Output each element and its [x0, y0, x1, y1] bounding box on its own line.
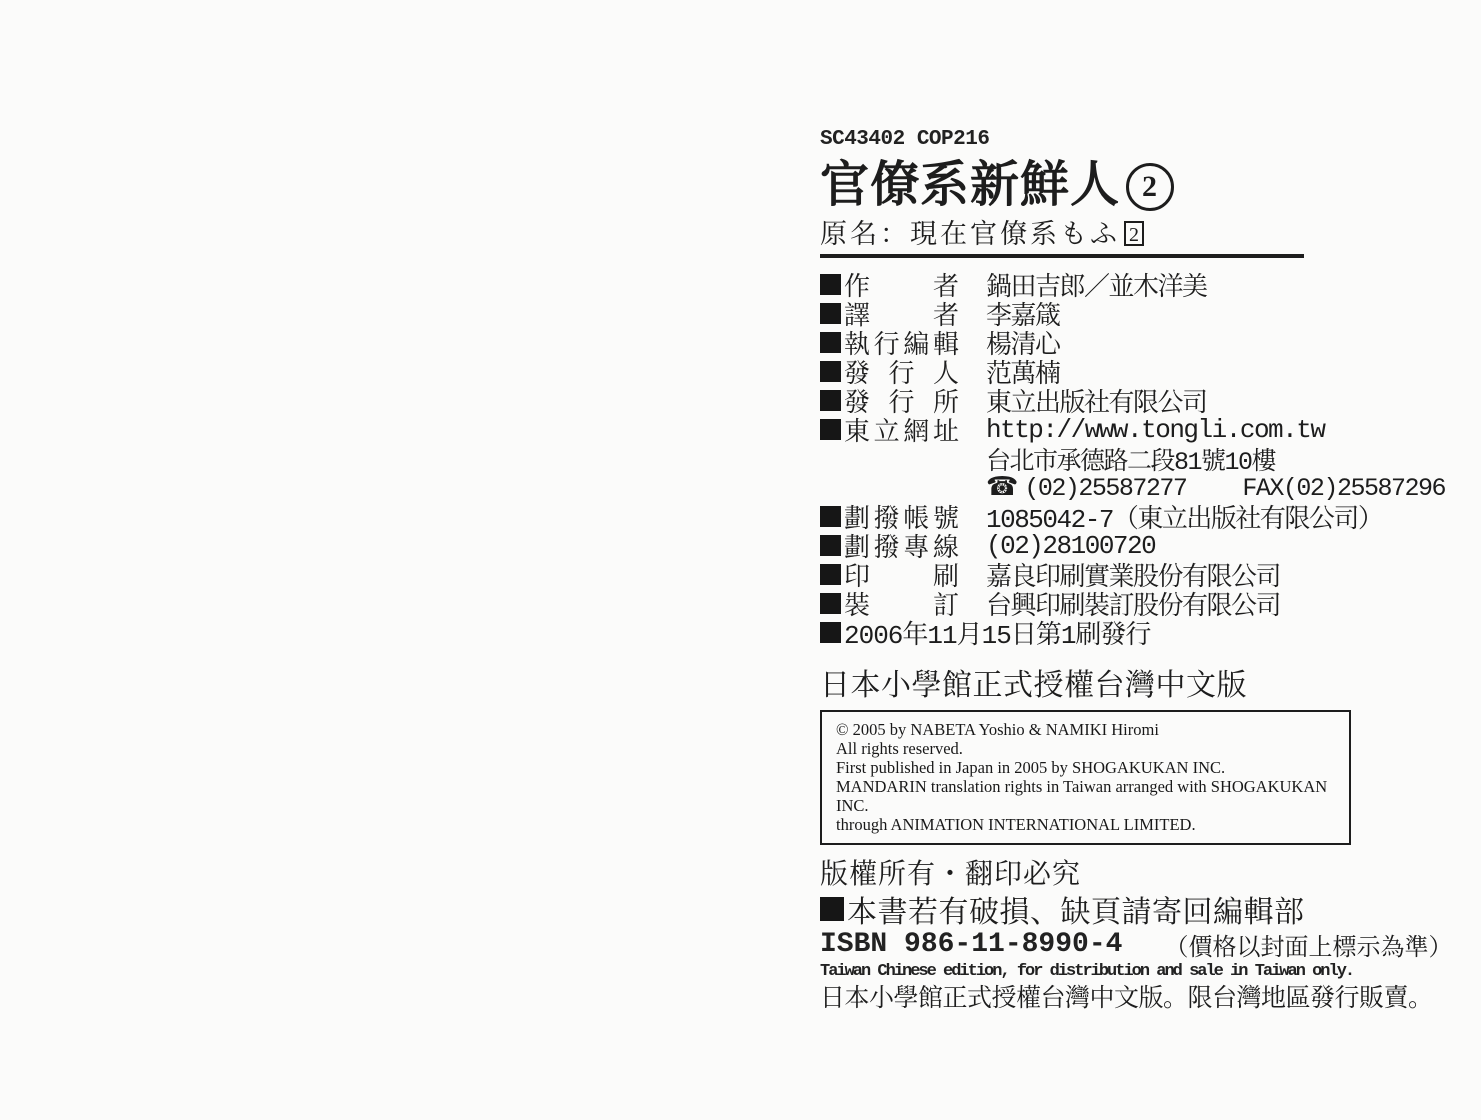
- black-square-icon: [820, 303, 841, 324]
- isbn-line: ISBN 986-11-8990-4 （價格以封面上標示為準）: [820, 927, 1450, 962]
- black-square-icon: [820, 361, 841, 382]
- row-label: 東立網址: [844, 411, 959, 448]
- license-heading: 日本小學館正式授權台灣中文版: [820, 669, 1450, 703]
- copyright-line: First published in Japan in 2005 by SHOG…: [836, 758, 1335, 777]
- distribution-notice-en: Taiwan Chinese edition, for distribution…: [820, 962, 1450, 981]
- book-title-text: 官僚系新鮮人: [820, 157, 1120, 212]
- price-note: （價格以封面上標示為準）: [1164, 927, 1452, 962]
- row-value: 東立出版社有限公司: [986, 382, 1207, 419]
- original-title-text: 原名：現在官僚系もふ: [820, 219, 1120, 249]
- black-square-icon: [820, 535, 841, 556]
- copyright-line: © 2005 by NABETA Yoshio & NAMIKI Hiromi: [836, 720, 1335, 739]
- black-square-icon: [820, 506, 841, 527]
- copyright-box: © 2005 by NABETA Yoshio & NAMIKI Hiromi …: [820, 710, 1351, 845]
- copyright-line: All rights reserved.: [836, 739, 1335, 758]
- black-square-icon: [820, 390, 841, 411]
- black-square-icon: [820, 332, 841, 353]
- black-square-icon: [820, 622, 841, 643]
- colophon-column: SC43402 COP216 官僚系新鮮人2 原名：現在官僚系もふ2 作者 鍋田…: [820, 128, 1450, 1014]
- book-title: 官僚系新鮮人2: [820, 152, 1450, 218]
- row-edition-date: 2006年11月15日第1刷發行: [820, 618, 1450, 647]
- damage-return-text: 本書若有破損、缺頁請寄回編輯部: [847, 887, 1305, 931]
- copyright-line: through ANIMATION INTERNATIONAL LIMITED.: [836, 815, 1335, 834]
- title-divider-rule: [820, 254, 1304, 258]
- black-square-icon: [820, 897, 844, 921]
- original-title: 原名：現在官僚系もふ2: [820, 218, 1450, 251]
- black-square-icon: [820, 593, 841, 614]
- distribution-notice-zh: 日本小學館正式授權台灣中文版。限台灣地區發行販賣。: [820, 984, 1450, 1014]
- isbn-number: ISBN 986-11-8990-4: [820, 929, 1122, 960]
- row-address: 台北市承德路二段81號10樓: [820, 444, 1450, 473]
- damage-return-notice: 本書若有破損、缺頁請寄回編輯部: [820, 891, 1450, 927]
- colophon-page: SC43402 COP216 官僚系新鮮人2 原名：現在官僚系もふ2 作者 鍋田…: [0, 0, 1481, 1120]
- row-value: 1085042-7（東立出版社有限公司）: [986, 498, 1382, 535]
- product-code: SC43402 COP216: [820, 128, 1450, 152]
- copyright-line: MANDARIN translation rights in Taiwan ar…: [836, 777, 1335, 815]
- edition-date: 2006年11月15日第1刷發行: [844, 614, 1150, 651]
- black-square-icon: [820, 564, 841, 585]
- volume-circle-badge: 2: [1126, 163, 1174, 211]
- colophon-rows: 作者 鍋田吉郎／並木洋美 譯者 李嘉箴 執行編輯 楊清心 發行人 范萬楠 發行所: [820, 270, 1450, 647]
- volume-box-badge: 2: [1124, 221, 1144, 246]
- black-square-icon: [820, 274, 841, 295]
- black-square-icon: [820, 419, 841, 440]
